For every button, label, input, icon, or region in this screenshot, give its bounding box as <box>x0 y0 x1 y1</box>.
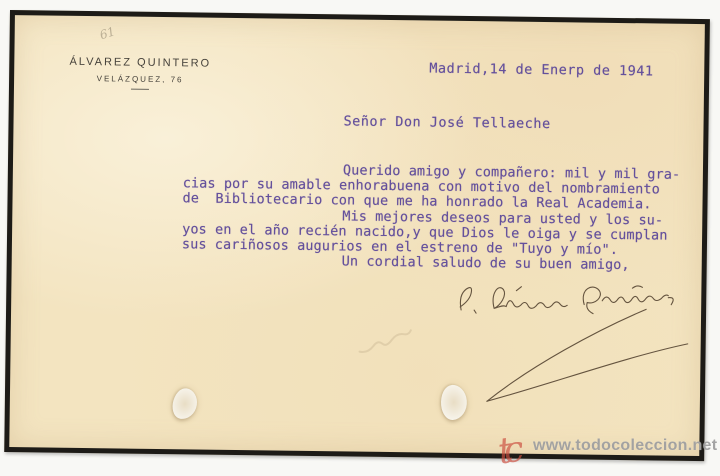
letterhead: ÁLVAREZ QUINTERO VELÁZQUEZ, 76 <box>60 56 220 91</box>
punch-hole <box>439 384 468 421</box>
letterhead-rule <box>131 89 149 90</box>
faint-pencil-scribble <box>353 318 416 361</box>
signature-strokes <box>435 277 702 415</box>
handwritten-signature <box>435 277 702 420</box>
letter-body: Querido amigo y compañero: mil y mil gra… <box>182 160 681 273</box>
letterhead-name: ÁLVAREZ QUINTERO <box>60 56 220 70</box>
punch-hole <box>171 387 199 421</box>
body-line: Un cordial saludo de su buen amigo, <box>342 253 680 273</box>
pencil-annotation: 61 <box>98 24 117 42</box>
letterhead-address: VELÁZQUEZ, 76 <box>60 74 220 85</box>
addressee-line: Señor Don José Tellaeche <box>343 113 550 132</box>
scanned-letter-page: ÁLVAREZ QUINTERO VELÁZQUEZ, 76 61 Madrid… <box>4 10 710 461</box>
date-line: Madrid,14 de Enerp de 1941 <box>429 60 654 79</box>
